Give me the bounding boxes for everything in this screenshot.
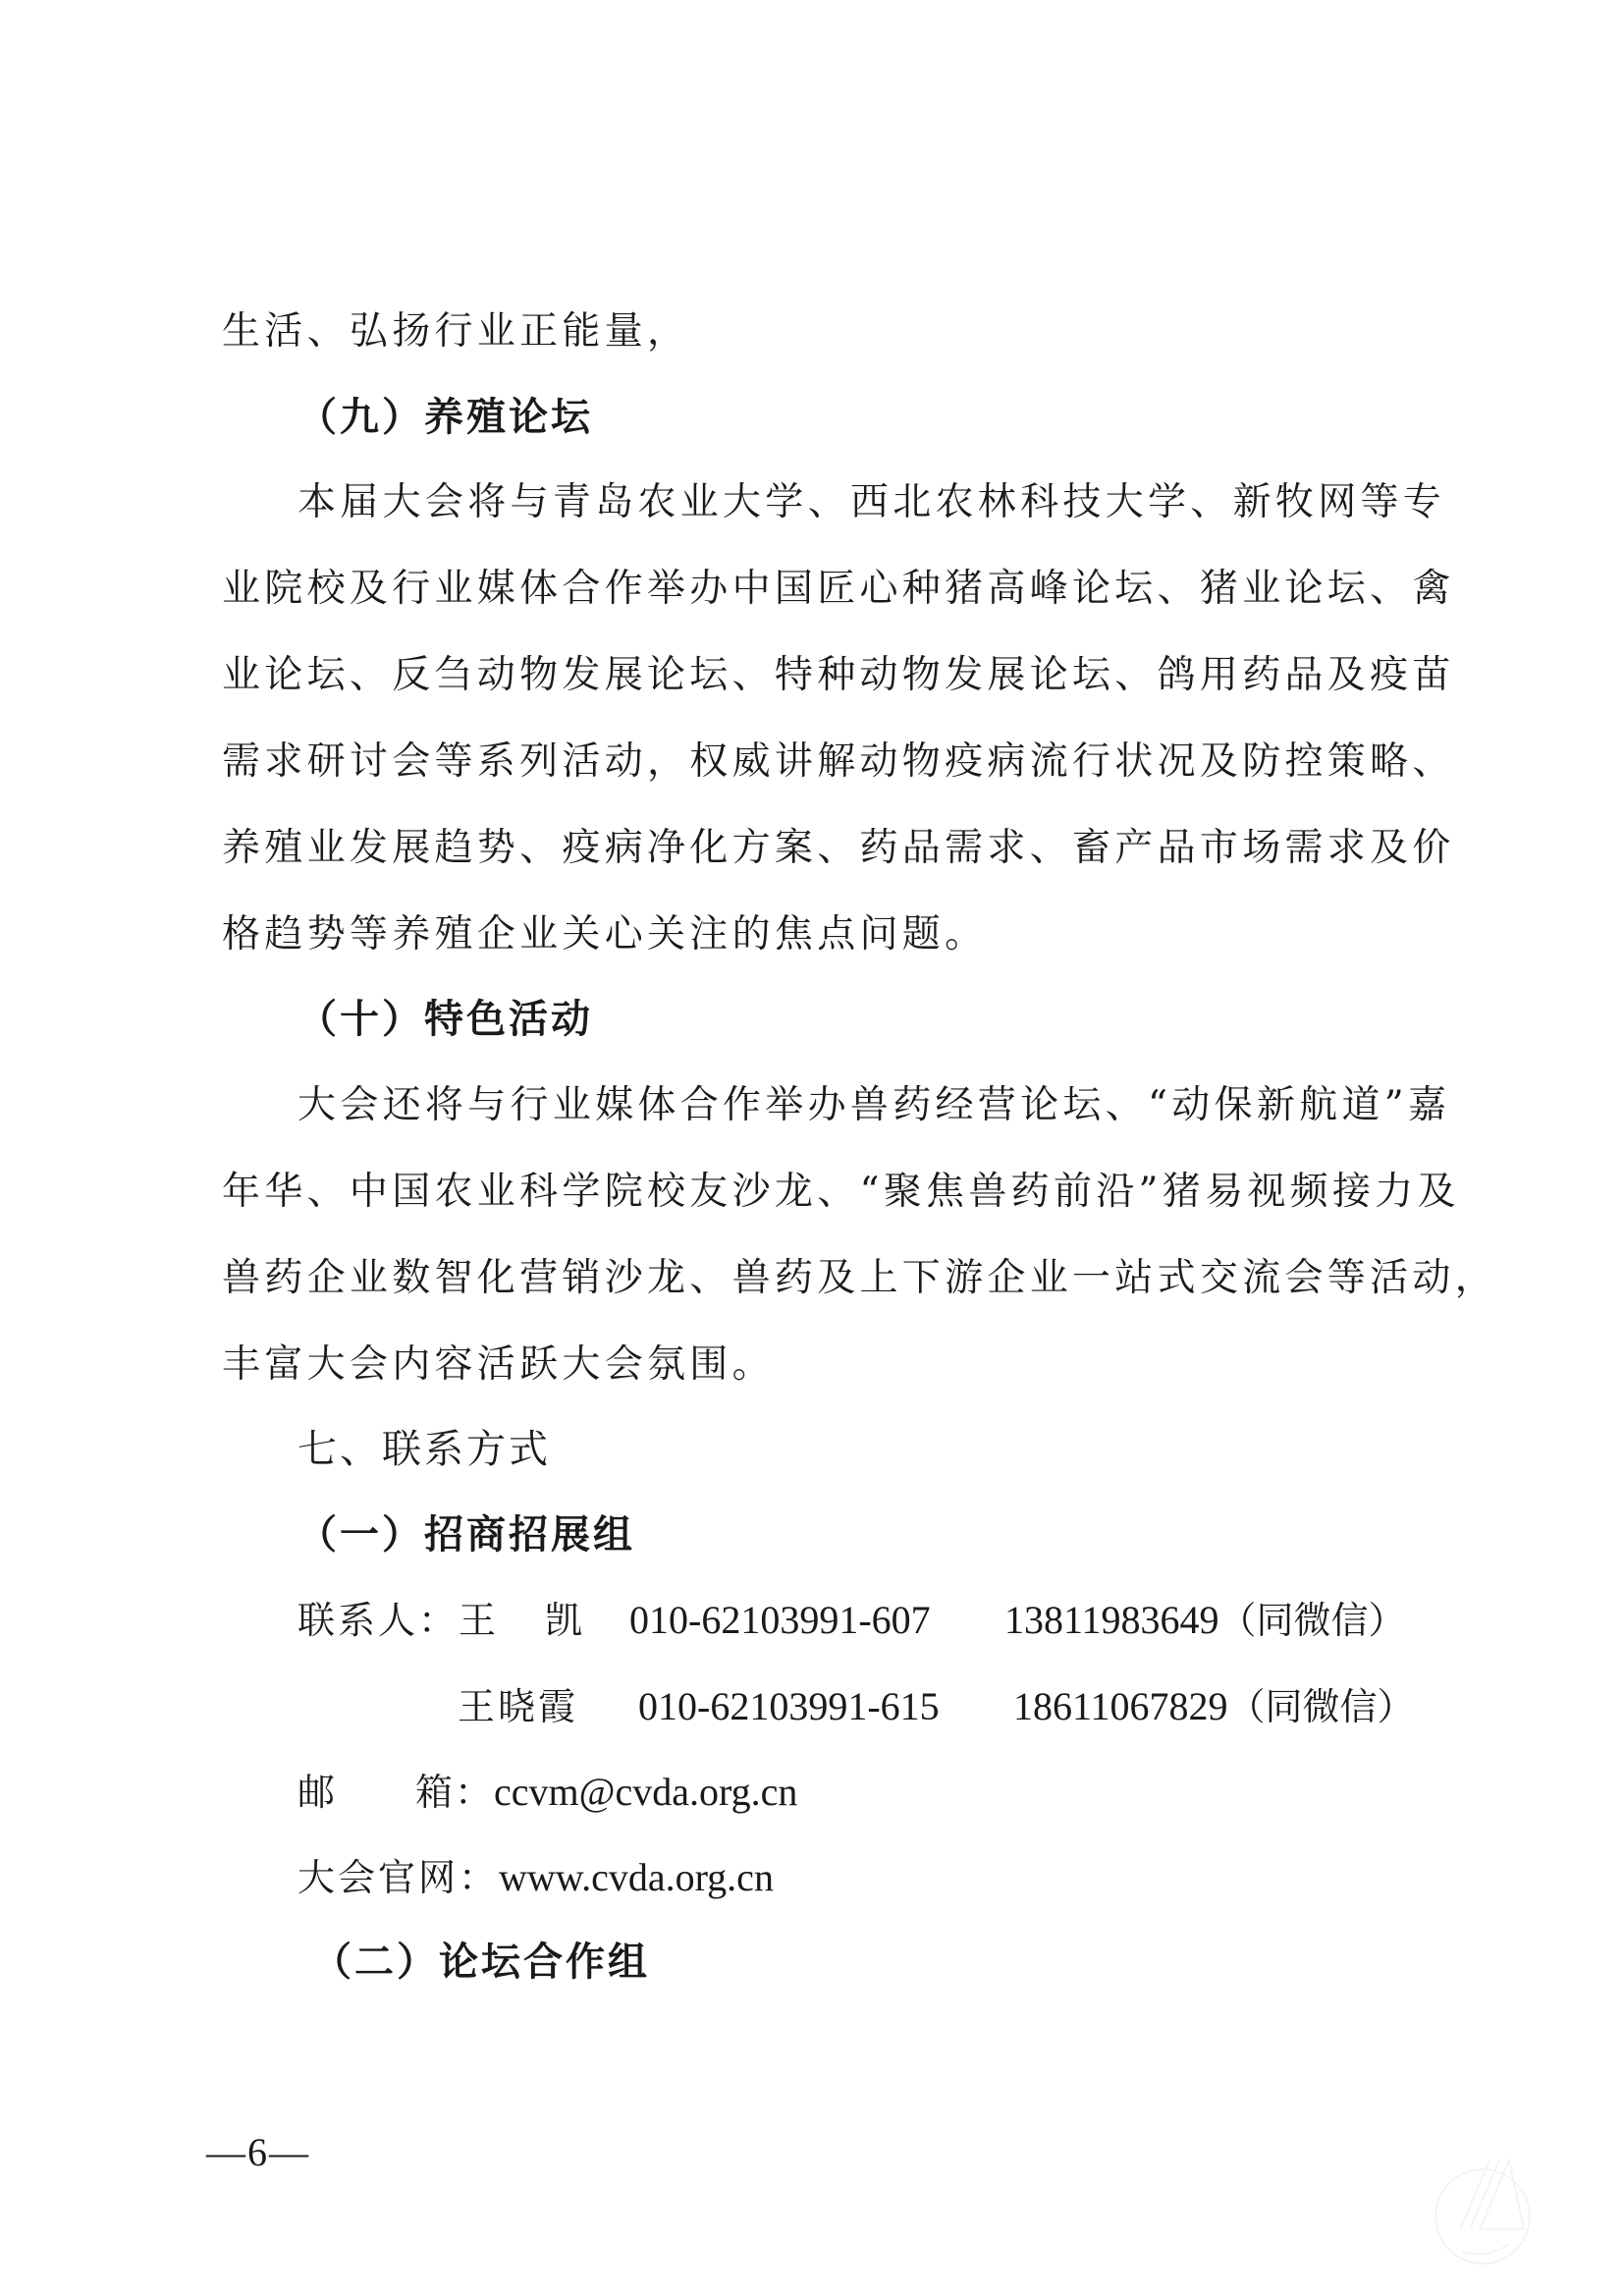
email-row: 邮 箱：ccvm@cvda.org.cn: [298, 1768, 797, 1817]
contact-section-title: 七、联系方式: [298, 1425, 551, 1474]
section-heading-10: （十）特色活动: [298, 995, 593, 1044]
contact-label: 联系人：: [298, 1599, 459, 1642]
contact-phone: 010-62103991-615: [638, 1682, 940, 1731]
continuation-line: 生活、弘扬行业正能量，: [222, 307, 689, 356]
logo-watermark-icon: [1429, 2156, 1546, 2273]
paragraph-line: 年华、中国农业科学院校友沙龙、“聚焦兽药前沿”猪易视频接力及: [222, 1168, 1460, 1217]
paragraph-line: 兽药企业数智化营销沙龙、兽药及上下游企业一站式交流会等活动，: [222, 1254, 1497, 1303]
paragraph-line: 养殖业发展趋势、疫病净化方案、药品需求、畜产品市场需求及价: [222, 824, 1455, 873]
contact-mobile-row: 18611067829（同微信）: [1013, 1682, 1415, 1731]
paragraph-line: 大会还将与行业媒体合作举办兽药经营论坛、“动保新航道”嘉: [298, 1081, 1450, 1130]
email-label: 邮 箱：: [298, 1771, 494, 1814]
website-row: 大会官网：www.cvda.org.cn: [298, 1853, 774, 1902]
contact-mobile: 13811983649: [1004, 1598, 1219, 1642]
document-page: 生活、弘扬行业正能量， （九）养殖论坛 本届大会将与青岛农业大学、西北农林科技大…: [0, 0, 1623, 2296]
contact-phone: 010-62103991-607: [629, 1596, 931, 1645]
contact-note: （同微信）: [1228, 1685, 1415, 1728]
contact-name: 王 凯: [459, 1599, 588, 1642]
paragraph-line: 本届大会将与青岛农业大学、西北农林科技大学、新牧网等专: [298, 478, 1445, 527]
paragraph-line: 业院校及行业媒体合作举办中国匠心种猪高峰论坛、猪业论坛、禽: [222, 565, 1455, 614]
page-number: —6—: [206, 2129, 310, 2175]
contact-mobile: 18611067829: [1013, 1684, 1228, 1728]
contact-row: 联系人：王 凯: [298, 1596, 588, 1645]
email-link[interactable]: ccvm@cvda.org.cn: [494, 1770, 797, 1814]
group-heading-forum: （二）论坛合作组: [312, 1938, 650, 1987]
contact-mobile-row: 13811983649（同微信）: [1004, 1596, 1406, 1645]
paragraph-line: 业论坛、反刍动物发展论坛、特种动物发展论坛、鸽用药品及疫苗: [222, 651, 1455, 700]
paragraph-line: 需求研讨会等系列活动，权威讲解动物疫病流行状况及防控策略、: [222, 738, 1455, 787]
contact-note: （同微信）: [1219, 1599, 1406, 1642]
paragraph-line: 格趋势等养殖企业关心关注的焦点问题。: [222, 910, 987, 959]
group-heading-investment: （一）招商招展组: [298, 1510, 635, 1559]
website-label: 大会官网：: [298, 1856, 499, 1899]
section-heading-9: （九）养殖论坛: [298, 393, 593, 442]
paragraph-line: 丰富大会内容活跃大会氛围。: [222, 1340, 775, 1390]
website-link[interactable]: www.cvda.org.cn: [499, 1855, 774, 1899]
contact-name: 王晓霞: [458, 1682, 578, 1731]
